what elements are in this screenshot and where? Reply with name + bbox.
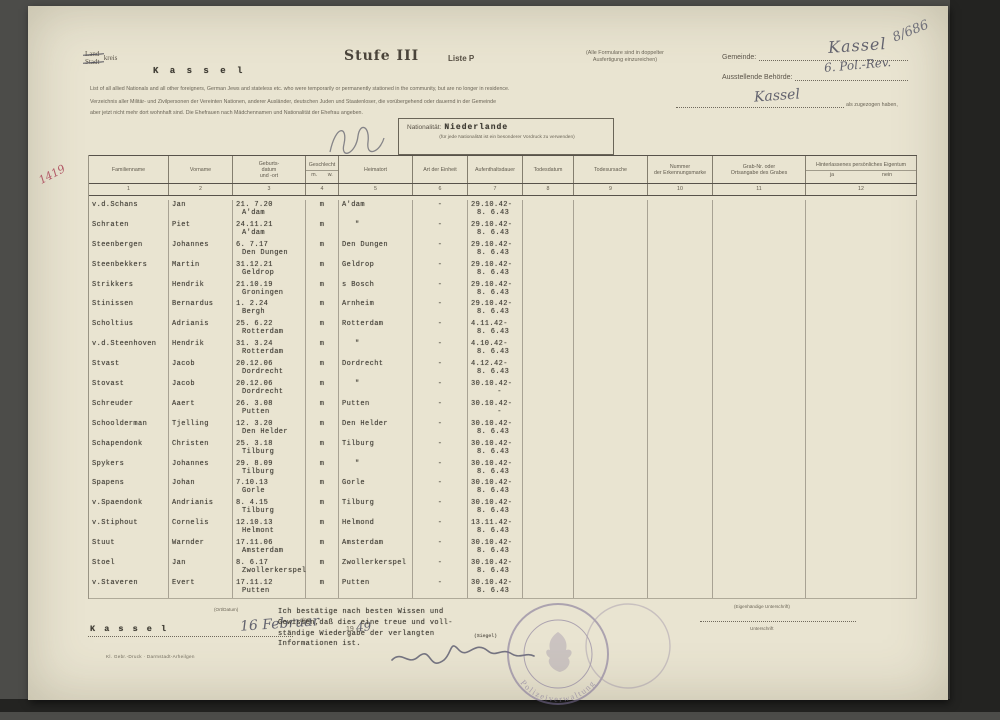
cell-vorname: Cornelis	[169, 518, 233, 538]
cell-vorname: Hendrik	[169, 339, 233, 359]
aufenthalt-bis: -	[477, 388, 522, 397]
geburtsort: Den Dungen	[242, 249, 305, 258]
behoerde-fill-line	[795, 72, 908, 81]
geburtsort: Amsterdam	[242, 547, 305, 556]
col-number-4: 4	[306, 184, 339, 195]
col-number-12: 12	[806, 184, 917, 195]
intro-german-line2: aber jetzt nicht mehr dort wohnhaft sind…	[90, 110, 790, 116]
cell-vorname: Jan	[169, 200, 233, 220]
col-header-label: Art der Einheit	[413, 167, 467, 173]
aufenthalt-bis: 8. 6.43	[477, 209, 522, 218]
cell-geschlecht: m	[306, 339, 339, 359]
cell-erkennungsmarke	[648, 518, 713, 538]
ort-datum-label: (Ort/Datum)	[214, 607, 238, 612]
cell-aufenthaltsdauer: 30.10.42-8. 6.43	[468, 538, 523, 558]
cell-geschlecht: m	[306, 419, 339, 439]
cell-art-der-einheit: -	[413, 319, 468, 339]
col-header-label: Grab-Nr. oder Ortsangabe des Grabes	[713, 164, 805, 176]
aufenthalt-bis: 8. 6.43	[477, 289, 522, 298]
cell-todesdatum	[523, 260, 574, 280]
cell-heimatort: "	[339, 459, 413, 479]
table-row: StvastJacob20.12.06DordrechtmDordrecht-4…	[89, 359, 917, 379]
cell-familienname: Stovast	[89, 379, 169, 399]
cell-geburtsdatum-ort: 25. 6.22Rotterdam	[233, 319, 306, 339]
cell-todesdatum	[523, 439, 574, 459]
cell-erkennungsmarke	[648, 459, 713, 479]
cell-eigentum	[806, 299, 917, 319]
cell-todesursache	[574, 260, 648, 280]
cell-grab	[713, 280, 806, 300]
cell-geburtsdatum-ort: 1. 2.24Bergh	[233, 299, 306, 319]
cell-geburtsdatum-ort: 12. 3.20Den Helder	[233, 419, 306, 439]
cell-geburtsdatum-ort: 29. 8.09Tilburg	[233, 459, 306, 479]
cell-eigentum	[806, 558, 917, 578]
cell-grab	[713, 478, 806, 498]
cell-aufenthaltsdauer: 4.12.42-8. 6.43	[468, 359, 523, 379]
kreis-option-stadt: Stadt-	[85, 58, 102, 66]
cell-erkennungsmarke	[648, 419, 713, 439]
col-header-1: Familienname	[89, 156, 169, 183]
aufenthalt-bis: 8. 6.43	[477, 507, 522, 516]
cell-grab	[713, 538, 806, 558]
cell-geburtsdatum-ort: 12.10.13Helmont	[233, 518, 306, 538]
table-row: SpapensJohan7.10.13GorlemGorle-30.10.42-…	[89, 478, 917, 498]
table-row: v.d.SteenhovenHendrik31. 3.24Rotterdamm"…	[89, 339, 917, 359]
document-page: Land- Stadt- kreis K a s s e l Stufe III…	[28, 6, 948, 700]
kreis-selector: Land- Stadt- kreis	[85, 50, 117, 66]
cell-heimatort: Den Dungen	[339, 240, 413, 260]
cell-todesdatum	[523, 558, 574, 578]
cell-todesdatum	[523, 339, 574, 359]
corner-number-annotation: 8/686	[891, 18, 931, 46]
cell-todesdatum	[523, 220, 574, 240]
cell-heimatort: Amsterdam	[339, 538, 413, 558]
cell-aufenthaltsdauer: 29.10.42-8. 6.43	[468, 299, 523, 319]
cell-eigentum	[806, 359, 917, 379]
cell-art-der-einheit: -	[413, 439, 468, 459]
cell-geschlecht: m	[306, 459, 339, 479]
cell-geburtsdatum-ort: 8. 4.15Tilburg	[233, 498, 306, 518]
col-header-4: Geschlechtm.w.	[306, 156, 339, 183]
cell-heimatort: "	[339, 379, 413, 399]
intro-german-cont: als zugezogen haben,	[846, 102, 898, 108]
col-header-6: Art der Einheit	[413, 156, 468, 183]
cell-geschlecht: m	[306, 220, 339, 240]
cell-art-der-einheit: -	[413, 578, 468, 598]
cell-geburtsdatum-ort: 24.11.21A'dam	[233, 220, 306, 240]
cell-todesursache	[574, 319, 648, 339]
aufenthalt-bis: 8. 6.43	[477, 567, 522, 576]
cell-familienname: Stoel	[89, 558, 169, 578]
cell-art-der-einheit: -	[413, 280, 468, 300]
cell-erkennungsmarke	[648, 299, 713, 319]
col-header-3: Geburts- datum und -ort	[233, 156, 306, 183]
cell-art-der-einheit: -	[413, 379, 468, 399]
col-header-label: Todesursache	[574, 167, 647, 173]
cell-art-der-einheit: -	[413, 260, 468, 280]
aufenthalt-bis: 8. 6.43	[477, 527, 522, 536]
cell-aufenthaltsdauer: 30.10.42--	[468, 399, 523, 419]
cell-familienname: Scholtius	[89, 319, 169, 339]
col-header-label: Aufenthaltsdauer	[468, 167, 522, 173]
cell-erkennungsmarke	[648, 200, 713, 220]
geburtsort: Dordrecht	[242, 368, 305, 377]
cell-erkennungsmarke	[648, 260, 713, 280]
cell-geschlecht: m	[306, 379, 339, 399]
cell-eigentum	[806, 419, 917, 439]
geburtsort: Bergh	[242, 308, 305, 317]
cell-vorname: Aaert	[169, 399, 233, 419]
table-row: StovastJacob20.12.06Dordrechtm"-30.10.42…	[89, 379, 917, 399]
cell-geschlecht: m	[306, 518, 339, 538]
cell-todesdatum	[523, 478, 574, 498]
cell-familienname: v.Stiphout	[89, 518, 169, 538]
cell-vorname: Jacob	[169, 379, 233, 399]
cell-heimatort: Zwollerkerspel	[339, 558, 413, 578]
kreis-suffix: kreis	[104, 54, 118, 62]
nationality-label: Nationalität:	[407, 124, 441, 131]
cell-todesdatum	[523, 299, 574, 319]
col-header-label: Geschlecht	[306, 162, 338, 168]
cell-aufenthaltsdauer: 13.11.42-8. 6.43	[468, 518, 523, 538]
geburtsort: Dordrecht	[242, 388, 305, 397]
cell-eigentum	[806, 379, 917, 399]
cell-eigentum	[806, 439, 917, 459]
cell-grab	[713, 200, 806, 220]
cell-grab	[713, 359, 806, 379]
col-header-sub-item: ja	[830, 172, 834, 178]
cell-erkennungsmarke	[648, 319, 713, 339]
cell-aufenthaltsdauer: 29.10.42-8. 6.43	[468, 280, 523, 300]
cell-heimatort: Gorle	[339, 478, 413, 498]
cell-geschlecht: m	[306, 578, 339, 598]
cell-familienname: Stuut	[89, 538, 169, 558]
cell-art-der-einheit: -	[413, 459, 468, 479]
printer-imprint: Kl. Gebr.-Druck · Darmstadt-Arheilgen	[106, 654, 195, 659]
aufenthalt-bis: 8. 6.43	[477, 468, 522, 477]
cell-aufenthaltsdauer: 4.11.42-8. 6.43	[468, 319, 523, 339]
cell-geburtsdatum-ort: 25. 3.18Tilburg	[233, 439, 306, 459]
cell-geschlecht: m	[306, 478, 339, 498]
cell-vorname: Piet	[169, 220, 233, 240]
signature-right-line	[700, 614, 856, 622]
cell-familienname: v.Spaendonk	[89, 498, 169, 518]
cell-heimatort: s Bosch	[339, 280, 413, 300]
cell-familienname: Schraten	[89, 220, 169, 240]
cell-todesursache	[574, 220, 648, 240]
cell-todesdatum	[523, 459, 574, 479]
cell-art-der-einheit: -	[413, 220, 468, 240]
aufenthalt-bis: 8. 6.43	[477, 269, 522, 278]
cell-geschlecht: m	[306, 498, 339, 518]
nationality-box: Nationalität: Niederlande (für jede Nati…	[398, 118, 614, 155]
aufenthalt-bis: 8. 6.43	[477, 368, 522, 377]
aufenthalt-bis: 8. 6.43	[477, 249, 522, 258]
aufenthalt-bis: 8. 6.43	[477, 448, 522, 457]
geburtsort: Tilburg	[242, 448, 305, 457]
col-header-sub: janein	[806, 170, 916, 178]
cell-vorname: Johannes	[169, 240, 233, 260]
cell-familienname: v.d.Schans	[89, 200, 169, 220]
col-number-11: 11	[713, 184, 806, 195]
cell-todesursache	[574, 379, 648, 399]
cell-geschlecht: m	[306, 299, 339, 319]
cell-vorname: Andrianis	[169, 498, 233, 518]
cell-geschlecht: m	[306, 200, 339, 220]
cell-art-der-einheit: -	[413, 498, 468, 518]
cell-grab	[713, 459, 806, 479]
aufenthalt-bis: 8. 6.43	[477, 328, 522, 337]
cell-eigentum	[806, 578, 917, 598]
cell-grab	[713, 399, 806, 419]
table-body: v.d.SchansJan21. 7.20A'dammA'dam-29.10.4…	[89, 196, 917, 599]
cell-todesdatum	[523, 240, 574, 260]
cell-heimatort: "	[339, 220, 413, 240]
cell-familienname: v.Staveren	[89, 578, 169, 598]
cell-todesursache	[574, 478, 648, 498]
cell-erkennungsmarke	[648, 280, 713, 300]
cell-todesdatum	[523, 319, 574, 339]
certification-line: Ich bestätige nach besten Wissen und	[278, 607, 453, 618]
cell-art-der-einheit: -	[413, 419, 468, 439]
cell-todesdatum	[523, 200, 574, 220]
col-header-9: Todesursache	[574, 156, 648, 183]
geburtsort: Den Helder	[242, 428, 305, 437]
cell-todesursache	[574, 498, 648, 518]
cell-geschlecht: m	[306, 260, 339, 280]
cell-erkennungsmarke	[648, 240, 713, 260]
col-header-10: Nummer der Erkennungsmarke	[648, 156, 713, 183]
col-number-9: 9	[574, 184, 648, 195]
table-row: v.StiphoutCornelis12.10.13HelmontmHelmon…	[89, 518, 917, 538]
cell-geburtsdatum-ort: 21.10.19Groningen	[233, 280, 306, 300]
cell-aufenthaltsdauer: 30.10.42-8. 6.43	[468, 478, 523, 498]
svg-text:Polizeiverwaltung: Polizeiverwaltung	[519, 678, 598, 704]
table-row: ScholtiusAdrianis25. 6.22RotterdammRotte…	[89, 319, 917, 339]
cell-vorname: Evert	[169, 578, 233, 598]
cell-geschlecht: m	[306, 280, 339, 300]
cell-familienname: Steenbekkers	[89, 260, 169, 280]
cell-grab	[713, 299, 806, 319]
cell-grab	[713, 339, 806, 359]
stamp-text: Polizeiverwaltung	[519, 678, 598, 704]
cell-todesursache	[574, 439, 648, 459]
cell-heimatort: Helmond	[339, 518, 413, 538]
col-header-label: Familienname	[89, 167, 168, 173]
aufenthalt-bis: 8. 6.43	[477, 229, 522, 238]
cell-vorname: Martin	[169, 260, 233, 280]
geburtsort: Putten	[242, 587, 305, 596]
cell-familienname: Schreuder	[89, 399, 169, 419]
cell-art-der-einheit: -	[413, 200, 468, 220]
table-row: StrikkersHendrik21.10.19Groningenms Bosc…	[89, 280, 917, 300]
col-header-label: Heimatort	[339, 167, 412, 173]
cell-todesursache	[574, 280, 648, 300]
table-row: SchreuderAaert26. 3.08PuttenmPutten-30.1…	[89, 399, 917, 419]
geburtsort: Gorle	[242, 487, 305, 496]
cell-grab	[713, 220, 806, 240]
cell-eigentum	[806, 200, 917, 220]
cell-heimatort: "	[339, 339, 413, 359]
cell-todesursache	[574, 240, 648, 260]
col-header-label: Hinterlassenes persönliches Eigentum	[806, 162, 916, 168]
aufenthalt-bis: -	[477, 408, 522, 417]
cell-geburtsdatum-ort: 20.12.06Dordrecht	[233, 379, 306, 399]
behoerde-label: Ausstellende Behörde:	[722, 74, 792, 81]
unterschrift-label: Unterschrift	[750, 626, 774, 631]
cell-vorname: Adrianis	[169, 319, 233, 339]
col-number-5: 5	[339, 184, 413, 195]
geburtsort: Helmont	[242, 527, 305, 536]
geburtsort: Geldrop	[242, 269, 305, 278]
cell-erkennungsmarke	[648, 379, 713, 399]
col-number-6: 6	[413, 184, 468, 195]
cell-todesursache	[574, 200, 648, 220]
cell-art-der-einheit: -	[413, 518, 468, 538]
cell-grab	[713, 419, 806, 439]
cell-heimatort: Tilburg	[339, 498, 413, 518]
col-number-2: 2	[169, 184, 233, 195]
cell-todesdatum	[523, 359, 574, 379]
col-number-7: 7	[468, 184, 523, 195]
cell-erkennungsmarke	[648, 439, 713, 459]
cell-familienname: Schoolderman	[89, 419, 169, 439]
cell-grab	[713, 439, 806, 459]
intro-gemeinde-fill-line	[676, 107, 844, 108]
cell-art-der-einheit: -	[413, 478, 468, 498]
col-header-8: Todesdatum	[523, 156, 574, 183]
cell-art-der-einheit: -	[413, 240, 468, 260]
cell-aufenthaltsdauer: 29.10.42-8. 6.43	[468, 220, 523, 240]
behoerde-row: Ausstellende Behörde:	[722, 72, 908, 81]
cell-vorname: Hendrik	[169, 280, 233, 300]
col-header-sub: m.w.	[306, 170, 338, 178]
col-header-2: Vorname	[169, 156, 233, 183]
cell-vorname: Jacob	[169, 359, 233, 379]
kreis-option-land: Land-	[85, 50, 102, 58]
cell-vorname: Tjelling	[169, 419, 233, 439]
cell-eigentum	[806, 220, 917, 240]
geburtsort: Groningen	[242, 289, 305, 298]
col-number-1: 1	[89, 184, 169, 195]
cell-aufenthaltsdauer: 30.10.42-8. 6.43	[468, 459, 523, 479]
cell-aufenthaltsdauer: 30.10.42-8. 6.43	[468, 439, 523, 459]
cell-eigentum	[806, 538, 917, 558]
col-header-label: Geburts- datum und -ort	[233, 161, 305, 179]
footer-place-line	[88, 636, 293, 637]
aufenthalt-bis: 8. 6.43	[477, 308, 522, 317]
cell-grab	[713, 498, 806, 518]
nationality-note: (für jede Nationalität ist ein besondere…	[407, 135, 607, 140]
table-head: FamiliennameVornameGeburts- datum und -o…	[89, 155, 917, 184]
cell-eigentum	[806, 459, 917, 479]
cell-heimatort: Putten	[339, 399, 413, 419]
cell-familienname: Stvast	[89, 359, 169, 379]
cell-geburtsdatum-ort: 17.11.12Putten	[233, 578, 306, 598]
col-header-sub-item: w.	[328, 172, 333, 178]
table-row: SteenbergenJohannes6. 7.17Den DungenmDen…	[89, 240, 917, 260]
cell-aufenthaltsdauer: 29.10.42-8. 6.43	[468, 260, 523, 280]
cell-eigentum	[806, 260, 917, 280]
cell-aufenthaltsdauer: 30.10.42-8. 6.43	[468, 419, 523, 439]
cell-erkennungsmarke	[648, 498, 713, 518]
table-row: StuutWarnder17.11.06AmsterdammAmsterdam-…	[89, 538, 917, 558]
cell-erkennungsmarke	[648, 399, 713, 419]
intro-gemeinde-handwritten: Kassel	[753, 86, 800, 105]
cell-art-der-einheit: -	[413, 558, 468, 578]
cell-geschlecht: m	[306, 240, 339, 260]
cell-erkennungsmarke	[648, 339, 713, 359]
cell-todesursache	[574, 518, 648, 538]
geburtsort: A'dam	[242, 209, 305, 218]
cell-familienname: Spapens	[89, 478, 169, 498]
aufenthalt-bis: 8. 6.43	[477, 547, 522, 556]
table-row: SpykersJohannes29. 8.09Tilburgm"-30.10.4…	[89, 459, 917, 479]
copies-note: (Alle Formulare sind in doppelter Ausfer…	[586, 50, 664, 63]
table-row: SchratenPiet24.11.21A'damm"-29.10.42-8. …	[89, 220, 917, 240]
margin-number-annotation: 1419	[37, 162, 68, 187]
cell-grab	[713, 240, 806, 260]
scan-edge-right	[950, 0, 1000, 712]
kreis-value: K a s s e l	[153, 66, 245, 76]
cell-heimatort: Geldrop	[339, 260, 413, 280]
cell-todesursache	[574, 459, 648, 479]
cell-todesursache	[574, 419, 648, 439]
col-header-11: Grab-Nr. oder Ortsangabe des Grabes	[713, 156, 806, 183]
aufenthalt-bis: 8. 6.43	[477, 348, 522, 357]
cell-familienname: Steenbergen	[89, 240, 169, 260]
cell-heimatort: A'dam	[339, 200, 413, 220]
cell-geburtsdatum-ort: 31. 3.24Rotterdam	[233, 339, 306, 359]
cell-erkennungsmarke	[648, 558, 713, 578]
cell-grab	[713, 558, 806, 578]
geburtsort: A'dam	[242, 229, 305, 238]
cell-vorname: Johan	[169, 478, 233, 498]
cell-art-der-einheit: -	[413, 399, 468, 419]
cell-familienname: v.d.Steenhoven	[89, 339, 169, 359]
table-row: StinissenBernardus1. 2.24BerghmArnheim-2…	[89, 299, 917, 319]
cell-heimatort: Dordrecht	[339, 359, 413, 379]
cell-grab	[713, 518, 806, 538]
cell-todesdatum	[523, 379, 574, 399]
cell-heimatort: Putten	[339, 578, 413, 598]
cell-eigentum	[806, 478, 917, 498]
cell-todesdatum	[523, 280, 574, 300]
intro-german-line1: Verzeichnis aller Militär- und Zivilpers…	[90, 99, 690, 105]
col-header-7: Aufenthaltsdauer	[468, 156, 523, 183]
cell-eigentum	[806, 399, 917, 419]
cell-eigentum	[806, 240, 917, 260]
col-number-10: 10	[648, 184, 713, 195]
geburtsort: Tilburg	[242, 468, 305, 477]
footer-place: K a s s e l	[90, 624, 168, 634]
cell-todesursache	[574, 359, 648, 379]
table-row: SteenbekkersMartin31.12.21GeldropmGeldro…	[89, 260, 917, 280]
aufenthalt-bis: 8. 6.43	[477, 428, 522, 437]
col-header-label: Vorname	[169, 167, 232, 173]
cell-geburtsdatum-ort: 7.10.13Gorle	[233, 478, 306, 498]
cell-todesursache	[574, 538, 648, 558]
geburtsort: Tilburg	[242, 507, 305, 516]
cell-grab	[713, 578, 806, 598]
aufenthalt-bis: 8. 6.43	[477, 487, 522, 496]
cell-geburtsdatum-ort: 6. 7.17Den Dungen	[233, 240, 306, 260]
cell-erkennungsmarke	[648, 538, 713, 558]
cell-geburtsdatum-ort: 20.12.06Dordrecht	[233, 359, 306, 379]
table-row: StoelJan8. 6.17ZwollerkerspelmZwollerker…	[89, 558, 917, 578]
cell-eigentum	[806, 280, 917, 300]
cell-eigentum	[806, 319, 917, 339]
